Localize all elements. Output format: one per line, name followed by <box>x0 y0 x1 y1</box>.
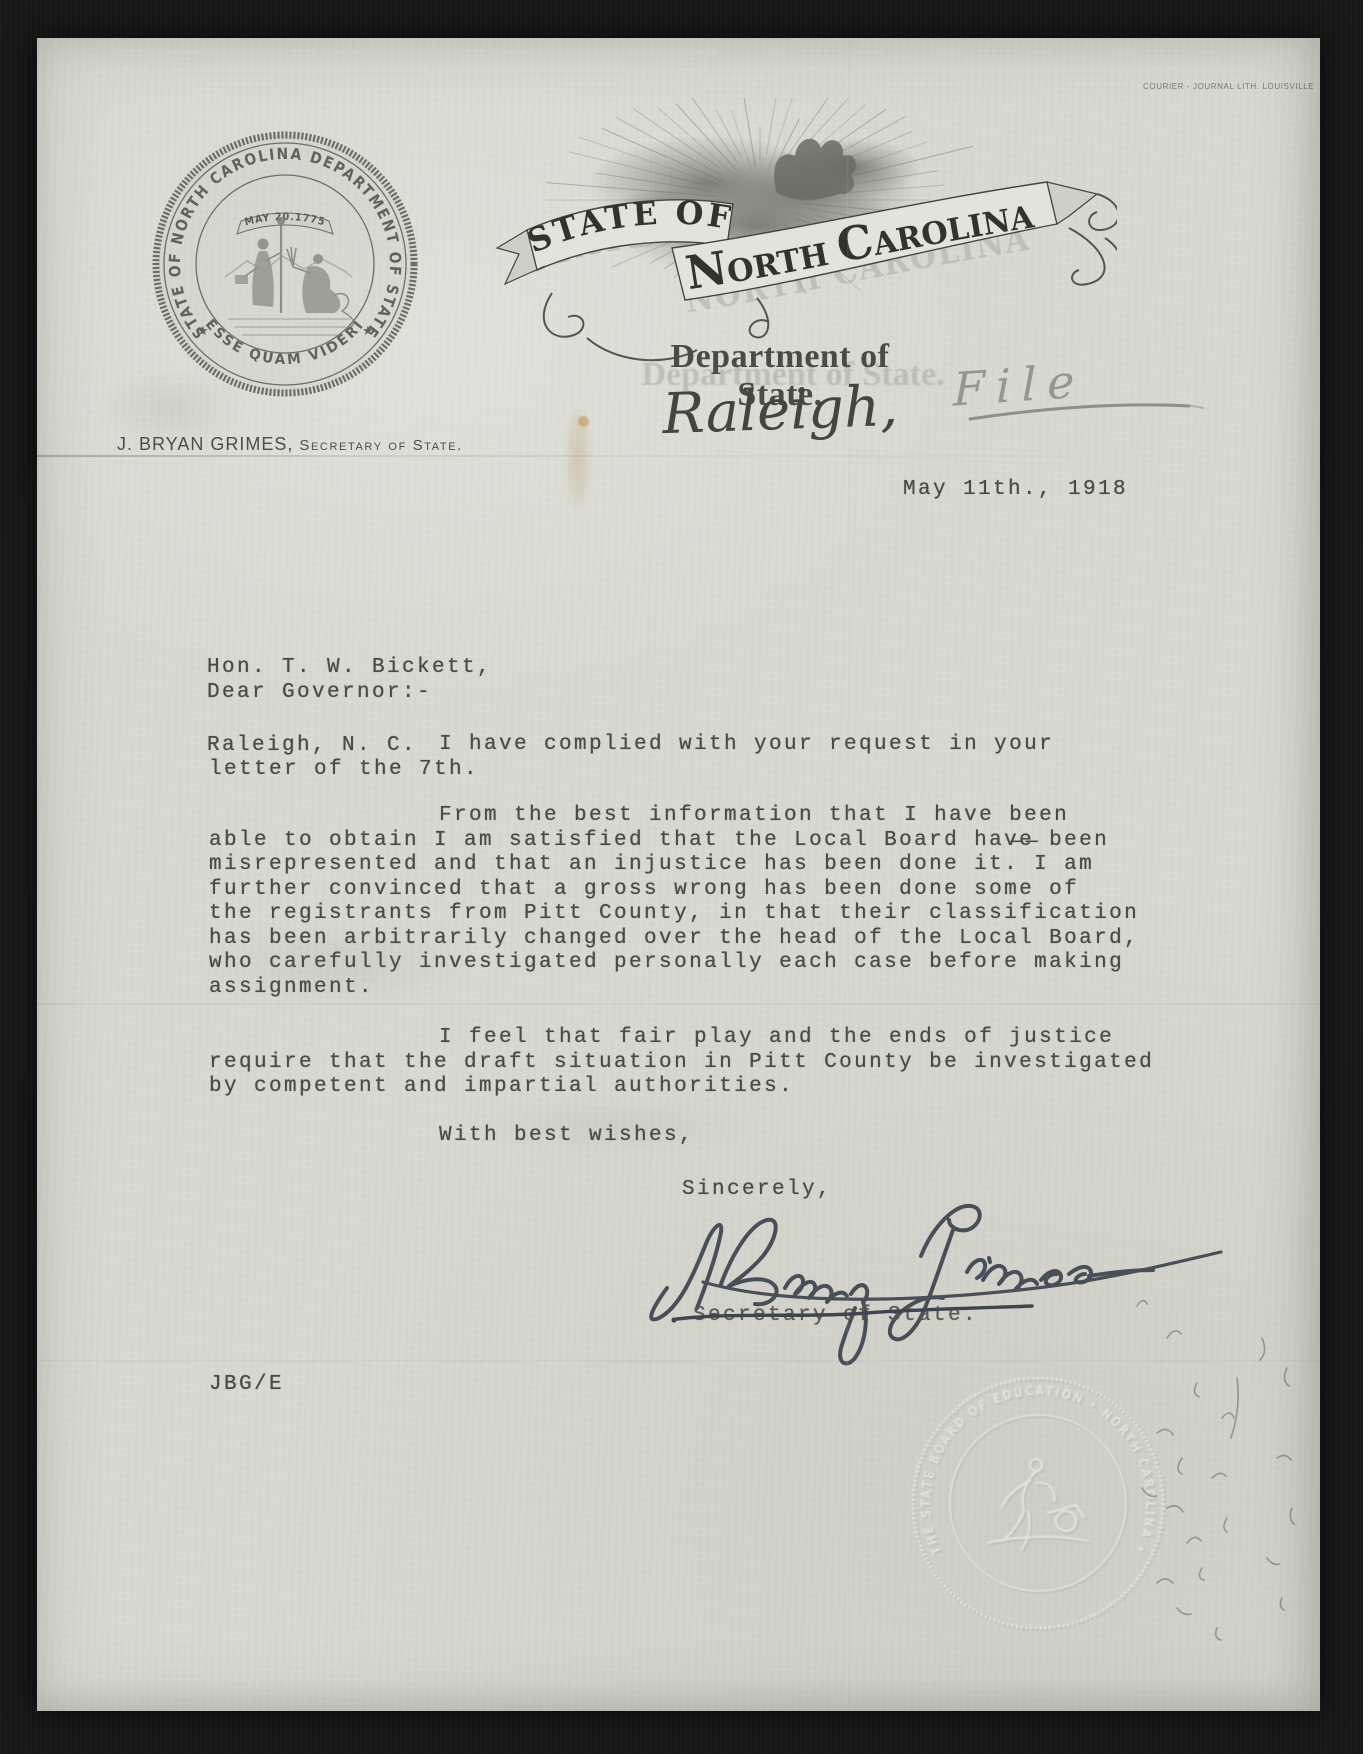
date-line: May 11th., 1918 <box>903 478 1128 503</box>
state-seal-icon: STATE OF NORTH CAROLINA DEPARTMENT OF ST… <box>150 129 420 399</box>
letter-line: by competent and impartial authorities. <box>209 1075 1169 1100</box>
letter-line: require that the draft situation in Pitt… <box>209 1051 1169 1076</box>
bleedthrough-smudge <box>457 1096 757 1156</box>
printer-mark: COURIER - JOURNAL LITH. LOUISVILLE <box>1143 82 1314 91</box>
seal-star-left: ★ <box>197 324 209 339</box>
letter-line: misrepresented and that an injustice has… <box>209 853 1169 878</box>
letter-line: I have complied with your request in you… <box>209 733 1169 758</box>
emboss-figure <box>988 1459 1090 1551</box>
horizontal-crease <box>37 1003 1320 1005</box>
file-annotation: File <box>953 353 1085 416</box>
embossed-seal: THE STATE BOARD OF EDUCATION • NORTH CAR… <box>898 1363 1178 1643</box>
letter-page: COURIER - JOURNAL LITH. LOUISVILLE STATE… <box>37 38 1320 1711</box>
seal-star-right: ★ <box>362 324 374 339</box>
letter-line: I feel that fair play and the ends of ju… <box>209 1026 1169 1051</box>
paragraph-1: I have complied with your request in you… <box>209 733 1169 782</box>
file-underline-tail <box>1177 406 1203 408</box>
bleedthrough-smudge <box>97 368 247 448</box>
salutation: Dear Governor:- <box>207 681 432 706</box>
letter-line: letter of the 7th. <box>209 758 1169 783</box>
scan-background: COURIER - JOURNAL LITH. LOUISVILLE STATE… <box>0 0 1363 1754</box>
city-script: Raleigh, <box>644 373 916 447</box>
banner-n-initial: N <box>682 240 731 300</box>
paragraph-3: I feel that fair play and the ends of ju… <box>209 1026 1169 1100</box>
letter-line: From the best information that I have be… <box>209 804 1169 829</box>
reference-initials: JBG/E <box>209 1373 284 1398</box>
letter-line: able to obtain I am satisfied that the L… <box>209 829 1169 854</box>
paper-stain-dot <box>578 416 589 427</box>
letter-line: Hon. T. W. Bickett, <box>207 655 492 681</box>
bleedthrough-smudge <box>187 918 487 1008</box>
officer-title: Secretary of State. <box>299 437 463 454</box>
letter-line: further convinced that a gross wrong has… <box>209 878 1169 903</box>
typed-signature-title: Secretary of State. <box>693 1304 978 1329</box>
